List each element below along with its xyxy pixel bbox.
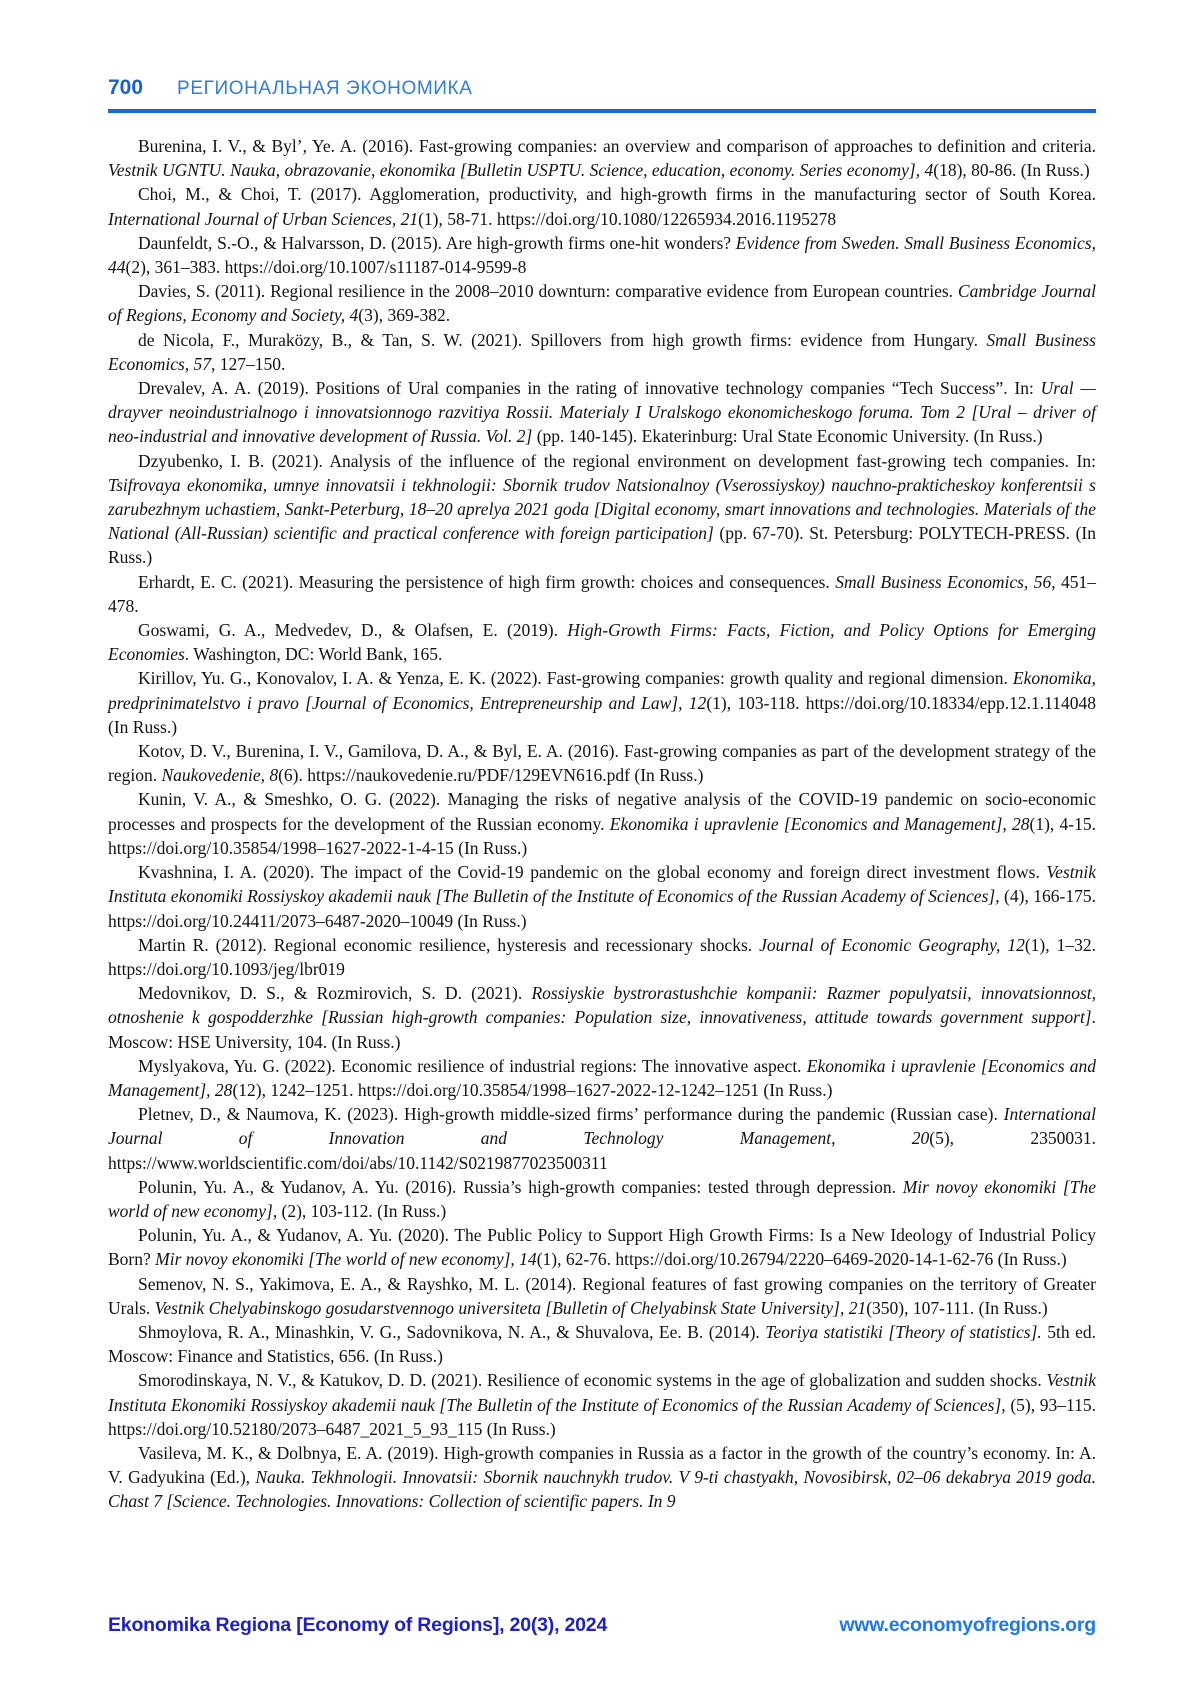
ref-text-segment: (1), 4-15. (1030, 814, 1096, 834)
ref-text-segment: Kvashnina, I. A. (2020). The impact of t… (138, 862, 1046, 882)
ref-text-segment: Kirillov, Yu. G., Konovalov, I. A. & Yen… (138, 668, 1013, 688)
page-number: 700 (108, 76, 143, 100)
ref-text-segment: (1), 58-71. (418, 209, 497, 229)
section-title: РЕГИОНАЛЬНАЯ ЭКОНОМИКА (177, 78, 472, 100)
ref-text-segment: Goswami, G. A., Medvedev, D., & Olafsen,… (138, 620, 567, 640)
ref-text-segment: Myslyakova, Yu. G. (2022). Economic resi… (138, 1056, 807, 1076)
ref-text-segment: (18), 80-86. (In Russ.) (933, 160, 1090, 180)
reference-item: Kvashnina, I. A. (2020). The impact of t… (108, 860, 1096, 933)
ref-text-segment: (1), 1–32. (1025, 935, 1096, 955)
ref-text-segment: (In Russ.) (630, 765, 703, 785)
ref-text-segment: (350), 107-111. (In Russ.) (866, 1298, 1047, 1318)
reference-item: Vasileva, M. K., & Dolbnya, E. A. (2019)… (108, 1441, 1096, 1514)
ref-text-segment: Drevalev, A. A. (2019). Positions of Ura… (138, 378, 1041, 398)
reference-item: Myslyakova, Yu. G. (2022). Economic resi… (108, 1054, 1096, 1102)
journal-page: 700 РЕГИОНАЛЬНАЯ ЭКОНОМИКА Burenina, I. … (0, 0, 1200, 1699)
reference-item: Shmoylova, R. A., Minashkin, V. G., Sado… (108, 1320, 1096, 1368)
ref-text-segment: . Washington, DC: World Bank, 165. (185, 644, 443, 664)
ref-text-segment: (4), 166-175. (1004, 886, 1096, 906)
doi-link[interactable]: https://doi.org/10.52180/2073–6487_2021_… (108, 1419, 482, 1439)
ref-text-segment: Medovnikov, D. S., & Rozmirovich, S. D. … (138, 983, 531, 1003)
ref-text-segment: Vestnik UGNTU. Nauka, obrazovanie, ekono… (108, 160, 933, 180)
reference-item: Kunin, V. A., & Smeshko, O. G. (2022). M… (108, 787, 1096, 860)
doi-link[interactable]: https://doi.org/10.35854/1998–1627-2022-… (108, 838, 454, 858)
doi-link[interactable]: https://www.worldscientific.com/doi/abs/… (108, 1153, 608, 1173)
page-content: 700 РЕГИОНАЛЬНАЯ ЭКОНОМИКА Burenina, I. … (108, 76, 1096, 1514)
doi-link[interactable]: https://doi.org/10.1093/jeg/lbr019 (108, 959, 345, 979)
reference-item: Kotov, D. V., Burenina, I. V., Gamilova,… (108, 739, 1096, 787)
reference-item: Medovnikov, D. S., & Rozmirovich, S. D. … (108, 981, 1096, 1054)
reference-item: Davies, S. (2011). Regional resilience i… (108, 279, 1096, 327)
ref-text-segment: (pp. 140-145). Ekaterinburg: Ural State … (532, 426, 1042, 446)
reference-item: Polunin, Yu. A., & Yudanov, A. Yu. (2016… (108, 1175, 1096, 1223)
doi-link[interactable]: https://doi.org/10.1080/12265934.2016.11… (497, 209, 836, 229)
ref-text-segment: (3), 369-382. (358, 305, 450, 325)
ref-text-segment: (2), 103-112. (In Russ.) (282, 1201, 447, 1221)
journal-citation: Ekonomika Regiona [Economy of Regions], … (108, 1614, 607, 1637)
ref-text-segment: Polunin, Yu. A., & Yudanov, A. Yu. (2016… (138, 1177, 903, 1197)
ref-text-segment: Ekonomika i upravlenie [Economics and Ma… (610, 814, 1030, 834)
reference-item: Dzyubenko, I. B. (2021). Analysis of the… (108, 449, 1096, 570)
ref-text-segment: (In Russ.) (108, 717, 177, 737)
ref-text-segment: 127–150. (220, 354, 286, 374)
ref-text-segment: Mir novoy ekonomiki [The world of new ec… (155, 1249, 537, 1269)
reference-item: Pletnev, D., & Naumova, K. (2023). High-… (108, 1102, 1096, 1175)
ref-text-segment: Burenina, I. V., & Byl’, Ye. A. (2016). … (138, 136, 1096, 156)
reference-item: Choi, M., & Choi, T. (2017). Agglomerati… (108, 182, 1096, 230)
ref-text-segment: (1), 62-76. (537, 1249, 616, 1269)
ref-text-segment: Vestnik Chelyabinskogo gosudarstvennogo … (155, 1298, 867, 1318)
ref-text-segment: International Journal of Urban Sciences,… (108, 209, 418, 229)
header-rule (108, 109, 1096, 113)
ref-text-segment: Journal of Economic Geography, 12 (759, 935, 1025, 955)
doi-link[interactable]: https://doi.org/10.26794/2220–6469-2020-… (615, 1249, 993, 1269)
ref-text-segment: (In Russ.) (453, 911, 526, 931)
doi-link[interactable]: https://doi.org/10.24411/2073–6487-2020–… (108, 911, 453, 931)
reference-item: de Nicola, F., Muraközy, B., & Tan, S. W… (108, 328, 1096, 376)
page-footer: Ekonomika Regiona [Economy of Regions], … (108, 1614, 1096, 1637)
reference-item: Kirillov, Yu. G., Konovalov, I. A. & Yen… (108, 666, 1096, 739)
journal-website-link[interactable]: www.economyofregions.org (839, 1614, 1096, 1637)
ref-text-segment: (In Russ.) (454, 838, 527, 858)
ref-text-segment: (In Russ.) (759, 1080, 832, 1100)
doi-link[interactable]: https://doi.org/10.35854/1998–1627-2022-… (358, 1080, 759, 1100)
ref-text-segment: Martin R. (2012). Regional economic resi… (138, 935, 759, 955)
doi-link[interactable]: https://naukovedenie.ru/PDF/129EVN616.pd… (307, 765, 630, 785)
ref-text-segment: Smorodinskaya, N. V., & Katukov, D. D. (… (138, 1370, 1046, 1390)
reference-item: Drevalev, A. A. (2019). Positions of Ura… (108, 376, 1096, 449)
ref-text-segment: (12), 1242–1251. (232, 1080, 357, 1100)
ref-text-segment: Erhardt, E. C. (2021). Measuring the per… (138, 572, 835, 592)
reference-item: Erhardt, E. C. (2021). Measuring the per… (108, 570, 1096, 618)
ref-text-segment: Daunfeldt, S.-O., & Halvarsson, D. (2015… (138, 233, 736, 253)
ref-text-segment: (6). (278, 765, 307, 785)
doi-link[interactable]: https://doi.org/10.18334/epp.12.1.114048 (806, 693, 1096, 713)
ref-text-segment: Pletnev, D., & Naumova, K. (2023). High-… (138, 1104, 1004, 1124)
reference-item: Daunfeldt, S.-O., & Halvarsson, D. (2015… (108, 231, 1096, 279)
ref-text-segment: Naukovedenie, 8 (161, 765, 278, 785)
ref-text-segment: Shmoylova, R. A., Minashkin, V. G., Sado… (138, 1322, 765, 1342)
ref-text-segment: Dzyubenko, I. B. (2021). Analysis of the… (138, 451, 1096, 471)
ref-text-segment: (5), 2350031. (929, 1128, 1096, 1148)
references-list: Burenina, I. V., & Byl’, Ye. A. (2016). … (108, 134, 1096, 1514)
reference-item: Polunin, Yu. A., & Yudanov, A. Yu. (2020… (108, 1223, 1096, 1271)
reference-item: Martin R. (2012). Regional economic resi… (108, 933, 1096, 981)
ref-text-segment: de Nicola, F., Muraközy, B., & Tan, S. W… (138, 330, 986, 350)
ref-text-segment: (5), 93–115. (1010, 1395, 1096, 1415)
ref-text-segment: Teoriya statistiki [Theory of statistics… (765, 1322, 1047, 1342)
ref-text-segment: (1), 103-118. (706, 693, 805, 713)
reference-item: Goswami, G. A., Medvedev, D., & Olafsen,… (108, 618, 1096, 666)
ref-text-segment: (2), 361–383. (126, 257, 225, 277)
reference-item: Semenov, N. S., Yakimova, E. A., & Raysh… (108, 1272, 1096, 1320)
page-header: 700 РЕГИОНАЛЬНАЯ ЭКОНОМИКА (108, 76, 1096, 109)
ref-text-segment: (In Russ.) (482, 1419, 555, 1439)
ref-text-segment: Choi, M., & Choi, T. (2017). Agglomerati… (138, 184, 1096, 204)
doi-link[interactable]: https://doi.org/10.1007/s11187-014-9599-… (225, 257, 527, 277)
ref-text-segment: Nauka. Tekhnologii. Innovatsii: Sbornik … (108, 1467, 1096, 1511)
ref-text-segment: Davies, S. (2011). Regional resilience i… (138, 281, 958, 301)
ref-text-segment: (In Russ.) (993, 1249, 1066, 1269)
reference-item: Burenina, I. V., & Byl’, Ye. A. (2016). … (108, 134, 1096, 182)
reference-item: Smorodinskaya, N. V., & Katukov, D. D. (… (108, 1368, 1096, 1441)
ref-text-segment: Small Business Economics, 56, (835, 572, 1061, 592)
